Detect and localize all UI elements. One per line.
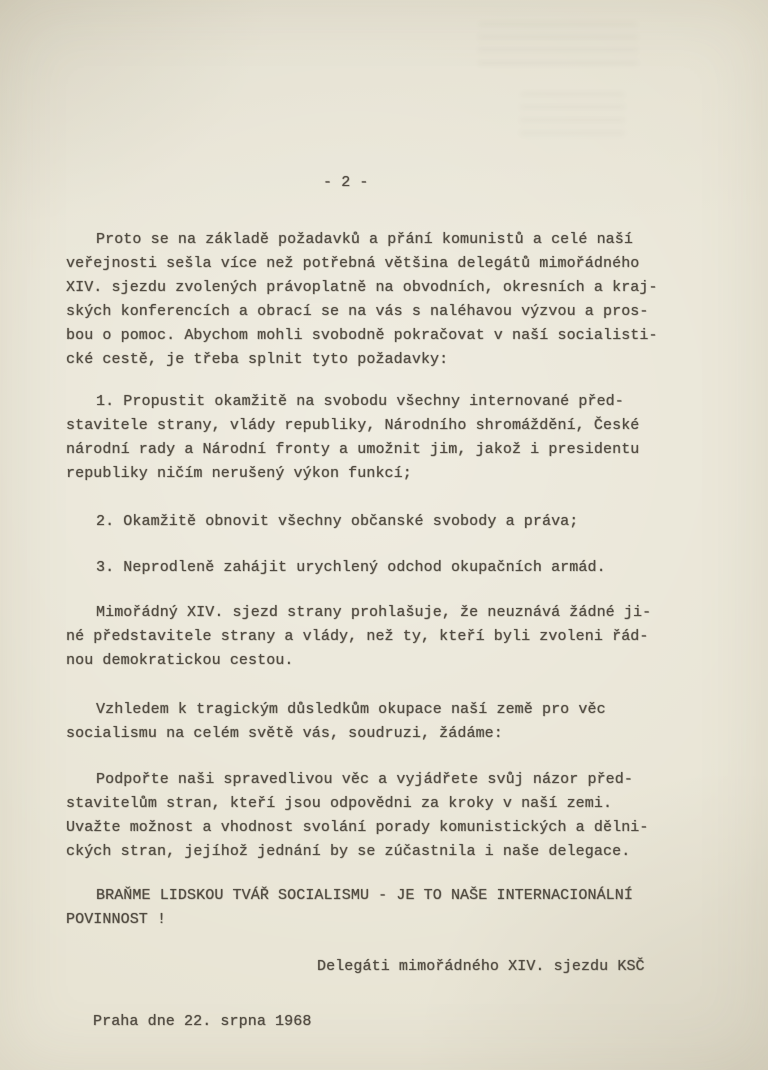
- ink-bleed-through-mark: [478, 22, 638, 68]
- demand-item-3: 3. Neprodleně zahájit urychlený odchod o…: [66, 556, 606, 580]
- paragraph-intro: Proto se na základě požadavků a přání ko…: [66, 228, 658, 372]
- signature-line: Delegáti mimořádného XIV. sjezdu KSČ: [317, 955, 645, 979]
- page-number: - 2 -: [323, 171, 369, 195]
- dateline: Praha dne 22. srpna 1968: [93, 1010, 311, 1034]
- ink-bleed-through-mark: [520, 92, 625, 140]
- paragraph-declaration: Mimořádný XIV. sjezd strany prohlašuje, …: [66, 601, 651, 673]
- paragraph-appeal-intro: Vzhledem k tragickým důsledkům okupace n…: [66, 698, 606, 746]
- demand-item-2: 2. Okamžitě obnovit všechny občanské svo…: [66, 510, 578, 534]
- demand-item-1: 1. Propustit okamžitě na svobodu všechny…: [66, 390, 639, 486]
- slogan: BRAŇME LIDSKOU TVÁŘ SOCIALISMU - JE TO N…: [66, 884, 633, 932]
- paragraph-appeal: Podpořte naši spravedlivou věc a vyjádře…: [66, 768, 649, 864]
- scanned-document-page: - 2 - Proto se na základě požadavků a př…: [0, 0, 768, 1070]
